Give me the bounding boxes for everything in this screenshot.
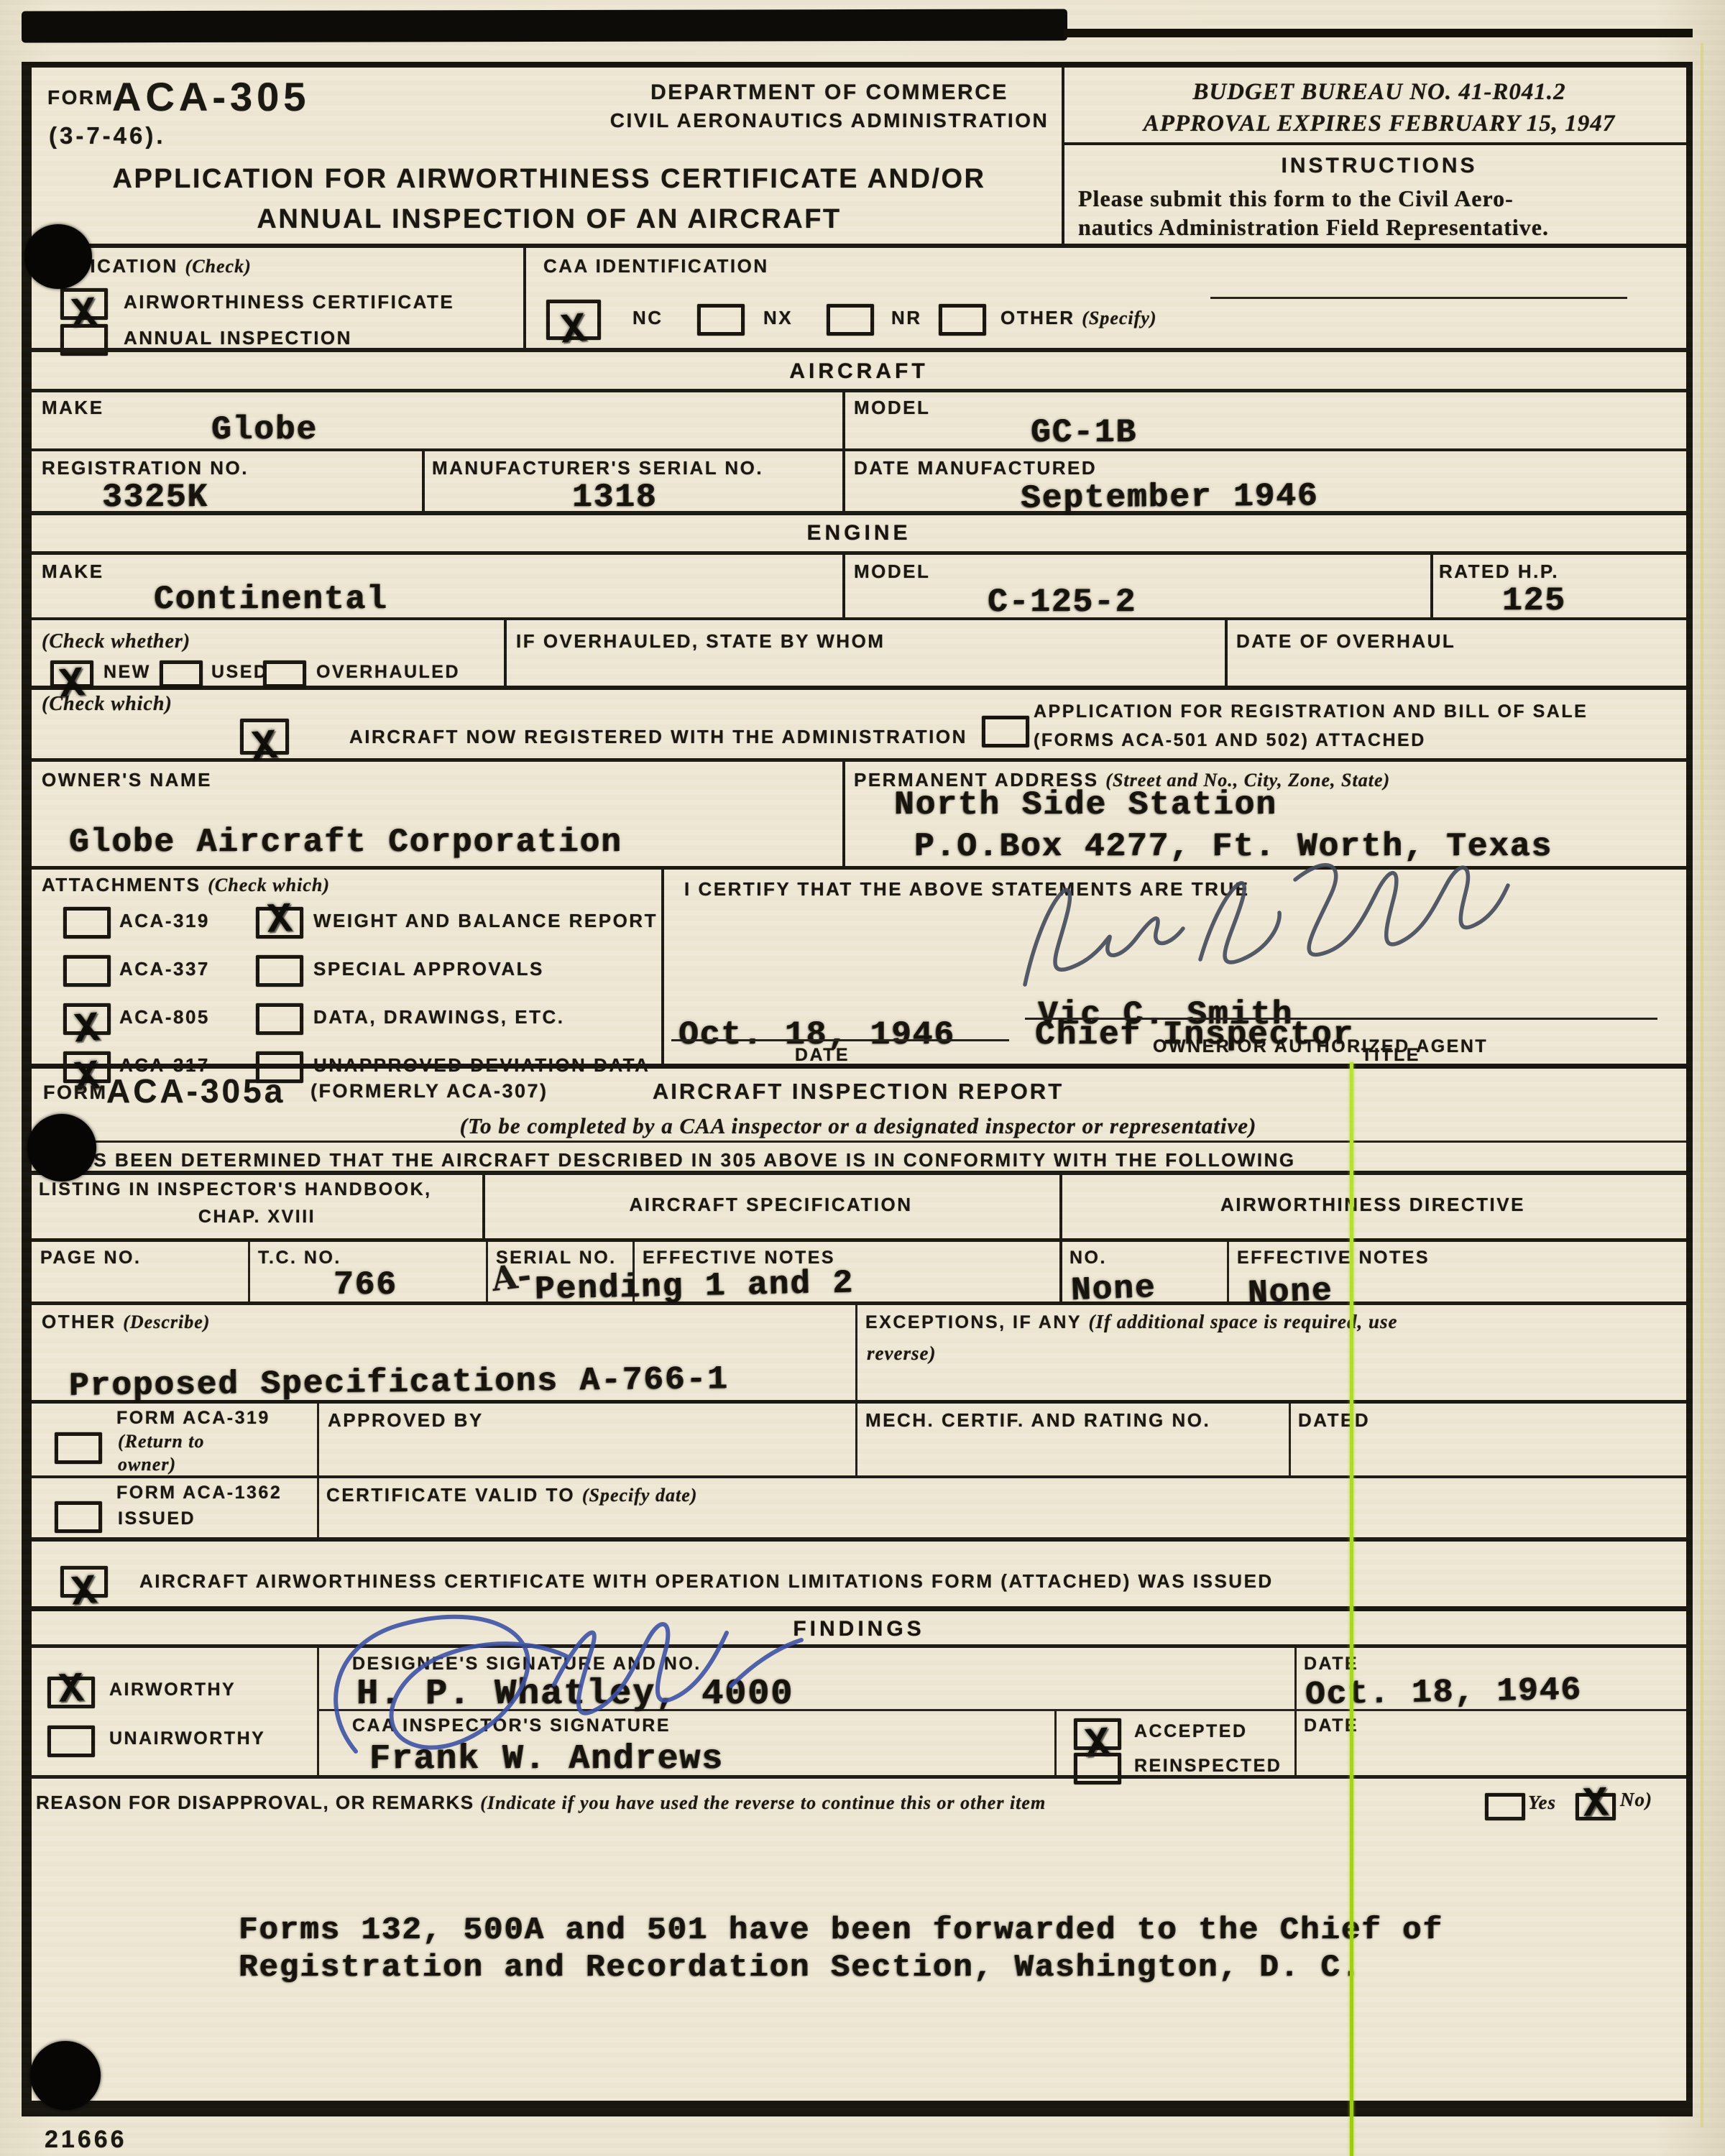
- unairworthy-checkbox: [47, 1726, 95, 1757]
- serial-handwritten-value: A-: [489, 1256, 533, 1299]
- used-checkbox: [160, 660, 203, 688]
- form-label: FORM: [47, 86, 114, 109]
- signature-vic-smith: [999, 848, 1517, 1021]
- weight-balance-checkbox: [256, 907, 303, 939]
- rated-hp-value: 125: [1502, 582, 1566, 619]
- reinspected-label: REINSPECTED: [1134, 1756, 1282, 1777]
- budget-bureau-line2: APPROVAL EXPIRES FEBRUARY 15, 1947: [1074, 111, 1685, 137]
- mech-certif-label: MECH. CERTIF. AND RATING NO.: [865, 1409, 1210, 1432]
- special-approvals-label: SPECIAL APPROVALS: [313, 958, 544, 980]
- form-319-name: FORM ACA-319: [116, 1408, 270, 1429]
- scan-artifact-green-line: [1350, 1062, 1353, 2156]
- aircraft-make-label: MAKE: [42, 397, 104, 419]
- nx-label: NX: [763, 307, 793, 329]
- date-manufactured-value: September 1946: [1021, 477, 1319, 517]
- other-describe-value: Proposed Specifications A-766-1: [69, 1360, 729, 1405]
- punch-hole-bottom: [30, 2041, 101, 2110]
- form-305a-number: ACA-305a: [106, 1072, 285, 1110]
- scan-artifact-yellow-line: [1701, 43, 1703, 2127]
- airworthiness-certificate-checkbox: [60, 288, 108, 320]
- exceptions-label-line2: reverse): [867, 1342, 936, 1365]
- reverse-yes-label: Yes: [1528, 1792, 1556, 1814]
- plate-number: 21666: [45, 2126, 127, 2154]
- aircraft-model-label: MODEL: [854, 397, 930, 419]
- data-drawings-checkbox: [256, 1003, 303, 1035]
- rated-hp-label: RATED H.P.: [1439, 561, 1559, 583]
- airworthy-label: AIRWORTHY: [109, 1680, 236, 1700]
- effective-notes-value: Pending 1 and 2: [535, 1264, 855, 1308]
- directive-notes-label: EFFECTIVE NOTES: [1237, 1248, 1430, 1268]
- new-checkbox: [50, 660, 93, 688]
- inspection-report-subtitle: (To be completed by a CAA inspector or a…: [175, 1113, 1541, 1139]
- inspection-report-header: FORM ACA-305a (FORMERLY ACA-307) AIRCRAF…: [32, 1069, 1686, 1175]
- application-registration-checkbox: [982, 716, 1029, 747]
- handbook-label-line2: CHAP. XVIII: [32, 1207, 482, 1227]
- nr-checkbox: [827, 304, 874, 336]
- date-manufactured-label: DATE MANUFACTURED: [854, 457, 1097, 479]
- aca-319-label: ACA-319: [119, 910, 210, 932]
- aircraft-make-model-row: MAKE Globe MODEL GC-1B: [32, 392, 1686, 451]
- aca-337-label: ACA-337: [119, 958, 210, 980]
- remarks-body: Forms 132, 500A and 501 have been forwar…: [32, 1829, 1686, 2101]
- tc-no-label: T.C. NO.: [258, 1248, 341, 1268]
- reason-row: REASON FOR DISAPPROVAL, OR REMARKS (Indi…: [32, 1779, 1686, 1829]
- findings-header: FINDINGS: [32, 1611, 1686, 1648]
- attachments-label: ATTACHMENTS (Check which): [42, 874, 330, 896]
- form-title-line2: ANNUAL INSPECTION OF AN AIRCRAFT: [89, 204, 1009, 235]
- form-aca-305: FORM ACA-305 (3-7-46). DEPARTMENT OF COM…: [22, 62, 1693, 2116]
- form-1362-row: FORM ACA-1362 ISSUED CERTIFICATE VALID T…: [32, 1478, 1686, 1542]
- registration-no-value: 3325K: [102, 479, 208, 516]
- check-which-label: (Check which): [42, 693, 172, 716]
- scanned-form-page: FORM ACA-305 (3-7-46). DEPARTMENT OF COM…: [0, 0, 1725, 2156]
- other-label: OTHER (Specify): [1000, 307, 1157, 329]
- nc-checkbox: [546, 300, 601, 340]
- application-row: APPLICATION (Check) AIRWORTHINESS CERTIF…: [32, 248, 1686, 352]
- annual-inspection-checkbox: [60, 324, 108, 356]
- used-label: USED: [211, 662, 268, 683]
- other-specify-line: [1210, 297, 1627, 299]
- engine-section-title: ENGINE: [32, 521, 1686, 545]
- serial-no-label: MANUFACTURER'S SERIAL NO.: [432, 457, 763, 479]
- reverse-yes-checkbox: [1485, 1793, 1525, 1820]
- overhauled-checkbox: [263, 660, 306, 688]
- owners-name-value: Globe Aircraft Corporation: [69, 824, 622, 861]
- scan-edge-band-right: [1064, 29, 1693, 37]
- registration-no-label: REGISTRATION NO.: [42, 457, 249, 479]
- aircraft-registration-row: REGISTRATION NO. 3325K MANUFACTURER'S SE…: [32, 451, 1686, 515]
- nx-checkbox: [697, 304, 745, 336]
- accepted-label: ACCEPTED: [1134, 1721, 1248, 1742]
- form-1362-issued: ISSUED: [118, 1508, 195, 1529]
- agency-line1: DEPARTMENT OF COMMERCE: [599, 80, 1059, 105]
- form-319-note2: owner): [118, 1454, 176, 1475]
- date-of-overhaul-label: DATE OF OVERHAUL: [1236, 630, 1455, 653]
- punch-hole-top: [24, 224, 92, 289]
- form-319-checkbox: [55, 1432, 102, 1464]
- nc-label: NC: [632, 307, 663, 329]
- tc-no-value: 766: [333, 1266, 397, 1304]
- reason-remarks-label: REASON FOR DISAPPROVAL, OR REMARKS (Indi…: [36, 1792, 1046, 1814]
- application-registration-line1: APPLICATION FOR REGISTRATION AND BILL OF…: [1034, 701, 1588, 722]
- engine-section-header: ENGINE: [32, 515, 1686, 555]
- data-drawings-label: DATA, DRAWINGS, ETC.: [313, 1006, 564, 1028]
- overhauled-label: OVERHAULED: [316, 662, 460, 683]
- aircraft-registered-checkbox: [240, 719, 289, 755]
- certificate-issued-row: AIRCRAFT AIRWORTHINESS CERTIFICATE WITH …: [32, 1542, 1686, 1611]
- other-checkbox: [939, 304, 986, 336]
- address-line1: North Side Station: [894, 786, 1277, 824]
- check-whether-label: (Check whether): [42, 630, 190, 653]
- serial-no-value: 1318: [572, 479, 657, 516]
- engine-model-value: C-125-2: [988, 584, 1136, 621]
- nr-label: NR: [891, 307, 922, 329]
- handbook-label-line1: LISTING IN INSPECTOR'S HANDBOOK,: [39, 1179, 432, 1200]
- engine-make-label: MAKE: [42, 561, 104, 583]
- overhauled-by-whom-label: IF OVERHAULED, STATE BY WHOM: [516, 630, 885, 653]
- conformity-header-row: LISTING IN INSPECTOR'S HANDBOOK, CHAP. X…: [32, 1175, 1686, 1242]
- directive-no-label: NO.: [1069, 1248, 1107, 1268]
- dated-label: DATED: [1298, 1409, 1370, 1432]
- approved-by-label: APPROVED BY: [328, 1409, 484, 1432]
- punch-hole-middle: [27, 1114, 96, 1181]
- page-no-label: PAGE NO.: [40, 1248, 141, 1268]
- airworthy-checkbox: [47, 1677, 95, 1708]
- inspection-report-title: AIRCRAFT INSPECTION REPORT: [535, 1079, 1182, 1105]
- aca-805-label: ACA-805: [119, 1006, 210, 1028]
- instructions-title: INSTRUCTIONS: [1074, 154, 1685, 178]
- engine-make-model-row: MAKE Continental MODEL C-125-2 RATED H.P…: [32, 555, 1686, 620]
- special-approvals-checkbox: [256, 955, 303, 987]
- scan-edge-band: [22, 9, 1067, 42]
- form-1362-checkbox: [55, 1501, 102, 1533]
- reverse-no-label: No): [1620, 1789, 1652, 1811]
- form-1362-name: FORM ACA-1362: [116, 1483, 282, 1503]
- aca-337-checkbox: [63, 955, 111, 987]
- reverse-no-checkbox: [1575, 1793, 1616, 1820]
- certificate-issued-label: AIRCRAFT AIRWORTHINESS CERTIFICATE WITH …: [139, 1570, 1274, 1593]
- new-label: NEW: [103, 662, 151, 683]
- form-title-line1: APPLICATION FOR AIRWORTHINESS CERTIFICAT…: [89, 164, 1009, 195]
- form-305a-formerly: (FORMERLY ACA-307): [310, 1080, 548, 1102]
- aircraft-section-header: AIRCRAFT: [32, 352, 1686, 392]
- owners-name-label: OWNER'S NAME: [42, 769, 212, 791]
- aca-805-checkbox: [63, 1003, 111, 1035]
- aircraft-make-value: Globe: [211, 411, 318, 448]
- engine-condition-row: (Check whether) NEW USED OVERHAULED IF O…: [32, 620, 1686, 690]
- aca-319-checkbox: [63, 907, 111, 939]
- certification-title-value: Chief Inspector: [1035, 1016, 1354, 1054]
- accepted-checkbox: [1074, 1718, 1121, 1750]
- engine-model-label: MODEL: [854, 561, 930, 583]
- header-row: FORM ACA-305 (3-7-46). DEPARTMENT OF COM…: [32, 68, 1686, 248]
- application-registration-line2: (FORMS ACA-501 AND 502) ATTACHED: [1034, 730, 1426, 751]
- date-line: [671, 1039, 1009, 1041]
- form-revision: (3-7-46).: [49, 122, 166, 149]
- aircraft-specification-label: AIRCRAFT SPECIFICATION: [482, 1194, 1059, 1216]
- remarks-line2: Registration and Recordation Section, Wa…: [239, 1950, 1361, 1986]
- form-305a-label: FORM: [43, 1082, 107, 1104]
- title-label: TITLE: [1361, 1045, 1420, 1066]
- certificate-issued-checkbox: [60, 1566, 108, 1598]
- certificate-valid-label: CERTIFICATE VALID TO (Specify date): [326, 1484, 697, 1506]
- signature-hp-whatley: [305, 1597, 837, 1784]
- determination-statement: IT HAS BEEN DETERMINED THAT THE AIRCRAFT…: [36, 1149, 1296, 1171]
- engine-make-value: Continental: [154, 581, 388, 618]
- instructions-line2: nautics Administration Field Representat…: [1078, 214, 1549, 241]
- findings-title: FINDINGS: [32, 1617, 1686, 1641]
- other-describe-label: OTHER (Describe): [42, 1311, 210, 1333]
- agency-line2: CIVIL AERONAUTICS ADMINISTRATION: [585, 109, 1074, 132]
- remarks-line1: Forms 132, 500A and 501 have been forwar…: [239, 1912, 1443, 1948]
- form-number: ACA-305: [112, 73, 310, 120]
- unairworthy-label: UNAIRWORTHY: [109, 1728, 265, 1749]
- airworthiness-directive-label: AIRWORTHINESS DIRECTIVE: [1059, 1194, 1686, 1216]
- form-319-row: FORM ACA-319 (Return to owner) APPROVED …: [32, 1404, 1686, 1478]
- budget-bureau-line1: BUDGET BUREAU NO. 41-R041.2: [1074, 79, 1685, 106]
- form-319-note1: (Return to: [118, 1431, 205, 1452]
- date-label: DATE: [750, 1045, 894, 1066]
- other-exceptions-row: OTHER (Describe) Proposed Specifications…: [32, 1305, 1686, 1404]
- airworthiness-certificate-label: AIRWORTHINESS CERTIFICATE: [124, 291, 454, 313]
- aircraft-model-value: GC-1B: [1031, 414, 1137, 451]
- conformity-values-row: PAGE NO. T.C. NO. 766 SERIAL NO. A- EFFE…: [32, 1242, 1686, 1305]
- exceptions-label: EXCEPTIONS, IF ANY (If additional space …: [865, 1311, 1398, 1333]
- findings-date-value: Oct. 18, 1946: [1305, 1672, 1583, 1714]
- instructions-line1: Please submit this form to the Civil Aer…: [1078, 185, 1514, 212]
- annual-inspection-label: ANNUAL INSPECTION: [124, 327, 352, 349]
- weight-balance-label: WEIGHT AND BALANCE REPORT: [313, 910, 658, 932]
- registration-status-row: (Check which) AIRCRAFT NOW REGISTERED WI…: [32, 690, 1686, 762]
- directive-no-value: None: [1070, 1269, 1156, 1309]
- findings-row: AIRWORTHY UNAIRWORTHY DESIGNEE'S SIGNATU…: [32, 1648, 1686, 1779]
- aircraft-section-title: AIRCRAFT: [32, 359, 1686, 384]
- caa-identification-label: CAA IDENTIFICATION: [543, 255, 769, 277]
- aircraft-registered-label: AIRCRAFT NOW REGISTERED WITH THE ADMINIS…: [349, 726, 967, 748]
